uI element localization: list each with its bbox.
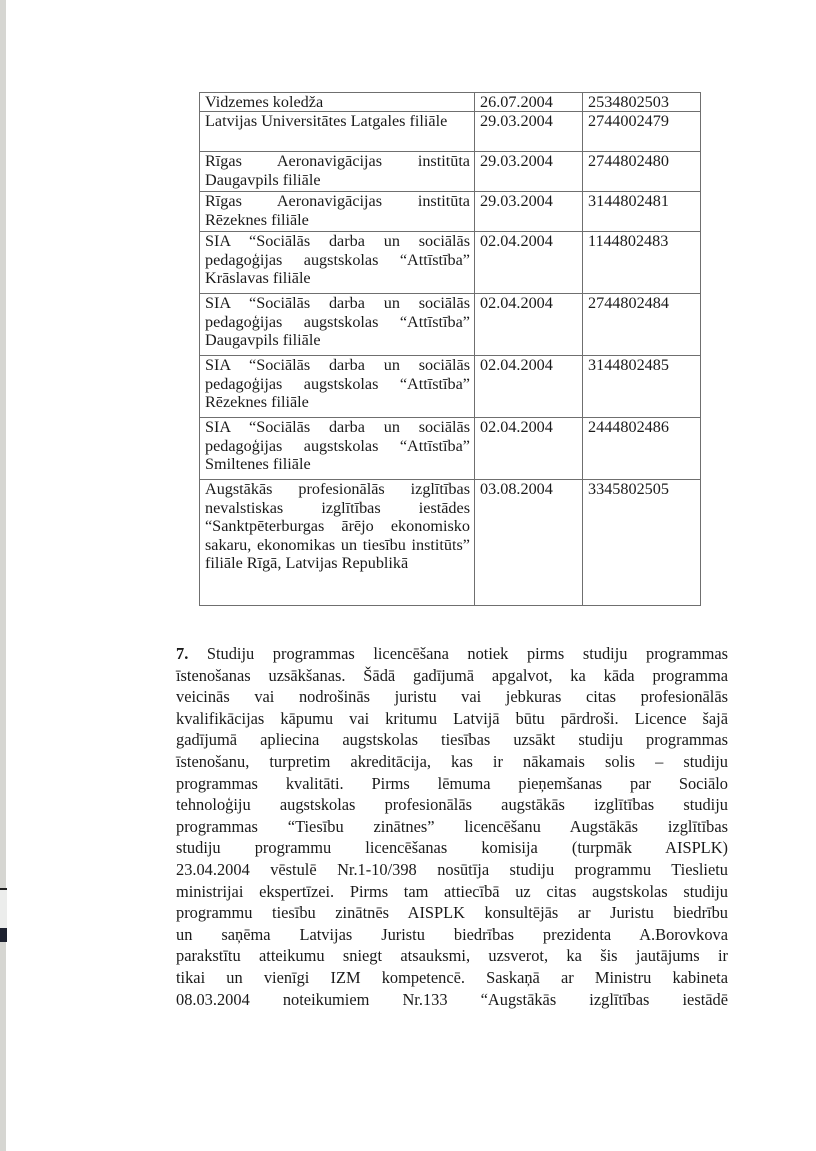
paragraph-line: veicinās vai nodrošinās juristu vai jebk…	[176, 686, 728, 708]
code-cell: 3144802485	[583, 356, 701, 418]
paragraph-line: gadījumā apliecina augstskolas tiesības …	[176, 729, 728, 751]
institution-cell: SIA “Sociālās darba un sociālās pedagoģi…	[200, 418, 475, 480]
code-cell: 2744802480	[583, 152, 701, 192]
code-cell: 2744802484	[583, 294, 701, 356]
institution-cell: SIA “Sociālās darba un sociālās pedagoģi…	[200, 294, 475, 356]
code-cell: 3345802505	[583, 480, 701, 606]
date-cell: 02.04.2004	[475, 294, 583, 356]
date-cell: 29.03.2004	[475, 112, 583, 152]
table-row: Latvijas Universitātes Latgales filiāle …	[200, 112, 701, 152]
date-cell: 29.03.2004	[475, 152, 583, 192]
code-cell: 3144802481	[583, 192, 701, 232]
paragraph-line: 08.03.2004 noteikumiem Nr.133 “Augstākās…	[176, 989, 728, 1011]
code-cell: 2534802503	[583, 93, 701, 112]
paragraph-line: ministrijai ekspertīzei. Pirms tam attie…	[176, 881, 728, 903]
institution-cell: SIA “Sociālās darba un sociālās pedagoģi…	[200, 232, 475, 294]
table-row: SIA “Sociālās darba un sociālās pedagoģi…	[200, 418, 701, 480]
date-cell: 02.04.2004	[475, 418, 583, 480]
table-row: Rīgas Aeronavigācijas institūta Daugavpi…	[200, 152, 701, 192]
table-row: SIA “Sociālās darba un sociālās pedagoģi…	[200, 356, 701, 418]
table-row: Augstākās profesionālās izglītības neval…	[200, 480, 701, 606]
paragraph-line: tehnoloģiju augstskolas profesionālās au…	[176, 794, 728, 816]
scan-mark	[0, 890, 7, 928]
institution-cell: SIA “Sociālās darba un sociālās pedagoģi…	[200, 356, 475, 418]
date-cell: 02.04.2004	[475, 232, 583, 294]
code-cell: 1144802483	[583, 232, 701, 294]
date-cell: 29.03.2004	[475, 192, 583, 232]
paragraph-line: un saņēma Latvijas Juristu biedrības pre…	[176, 924, 728, 946]
paragraph-line: tikai un vienīgi IZM kompetencē. Saskaņā…	[176, 967, 728, 989]
paragraph-line: studiju programmu licencēšanas komisija …	[176, 837, 728, 859]
scan-mark	[0, 928, 7, 942]
date-cell: 02.04.2004	[475, 356, 583, 418]
paragraph-7: 7. Studiju programmas licencēšana notiek…	[176, 643, 728, 1010]
paragraph-line: īstenošanu, turpretim akreditācija, kas …	[176, 751, 728, 773]
date-cell: 03.08.2004	[475, 480, 583, 606]
scan-edge	[0, 0, 6, 1151]
paragraph-line: 7. Studiju programmas licencēšana notiek…	[176, 643, 728, 665]
date-cell: 26.07.2004	[475, 93, 583, 112]
institution-cell: Rīgas Aeronavigācijas institūta Daugavpi…	[200, 152, 475, 192]
paragraph-number: 7.	[176, 644, 188, 663]
paragraph-line: programmu tiesību zinātnēs AISPLK konsul…	[176, 902, 728, 924]
paragraph-line: īstenošanas uzsākšanas. Šādā gadījumā ap…	[176, 665, 728, 687]
institution-cell: Augstākās profesionālās izglītības neval…	[200, 480, 475, 606]
paragraph-line: programmas kvalitāti. Pirms lēmuma pieņe…	[176, 773, 728, 795]
paragraph-line: programmas “Tiesību zinātnes” licencēšan…	[176, 816, 728, 838]
institution-cell: Latvijas Universitātes Latgales filiāle	[200, 112, 475, 152]
code-cell: 2744002479	[583, 112, 701, 152]
paragraph-line: kvalifikācijas kāpumu vai kritumu Latvij…	[176, 708, 728, 730]
table-row: SIA “Sociālās darba un sociālās pedagoģi…	[200, 232, 701, 294]
institution-cell: Rīgas Aeronavigācijas institūta Rēzeknes…	[200, 192, 475, 232]
code-cell: 2444802486	[583, 418, 701, 480]
table-row: Rīgas Aeronavigācijas institūta Rēzeknes…	[200, 192, 701, 232]
table-row: Vidzemes koledža 26.07.2004 2534802503	[200, 93, 701, 112]
paragraph-line: parakstītu atteikumu sniegt atsauksmi, u…	[176, 945, 728, 967]
institutions-table: Vidzemes koledža 26.07.2004 2534802503 L…	[199, 92, 701, 606]
paragraph-line: 23.04.2004 vēstulē Nr.1-10/398 nosūtīja …	[176, 859, 728, 881]
institution-cell: Vidzemes koledža	[200, 93, 475, 112]
table-row: SIA “Sociālās darba un sociālās pedagoģi…	[200, 294, 701, 356]
